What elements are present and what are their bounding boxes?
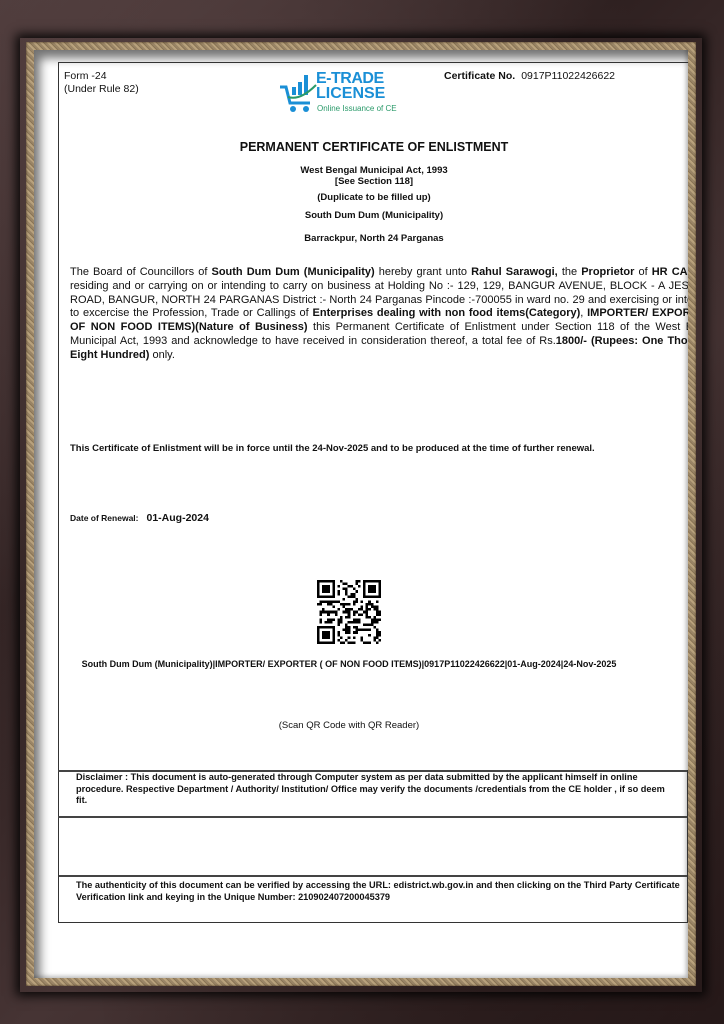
qr-code-icon bbox=[317, 580, 381, 644]
renewal-date: Date of Renewal:01-Aug-2024 bbox=[70, 512, 209, 524]
validity-statement: This Certificate of Enlistment will be i… bbox=[70, 443, 595, 454]
municipality-name: South Dum Dum (Municipality) bbox=[34, 210, 688, 221]
text: only. bbox=[149, 349, 174, 361]
shopping-cart-chart-icon bbox=[278, 71, 318, 119]
qr-scan-hint: (Scan QR Code with QR Reader) bbox=[34, 720, 664, 731]
holder-name: Rahul Sarawogi, bbox=[471, 266, 558, 278]
form-number: Form -24 (Under Rule 82) bbox=[64, 70, 139, 96]
text: of bbox=[634, 266, 651, 278]
text: the bbox=[558, 266, 581, 278]
renewal-date-label: Date of Renewal: bbox=[70, 513, 139, 523]
duplicate-note: (Duplicate to be filled up) bbox=[34, 192, 688, 203]
logo-subtitle: LICENSE bbox=[316, 86, 385, 102]
authenticity-box bbox=[58, 875, 688, 923]
grantor: South Dum Dum (Municipality) bbox=[211, 266, 374, 278]
grant-paragraph: The Board of Councillors of South Dum Du… bbox=[70, 266, 688, 363]
text: hereby grant unto bbox=[375, 266, 471, 278]
renewal-date-value: 01-Aug-2024 bbox=[147, 512, 209, 524]
logo-tagline: Online Issuance of CE bbox=[317, 104, 397, 114]
form-label: Form -24 bbox=[64, 70, 139, 83]
text: The Board of Councillors of bbox=[70, 266, 211, 278]
municipality-location: Barrackpur, North 24 Parganas bbox=[34, 233, 688, 244]
certificate-number-value: 0917P11022426622 bbox=[521, 70, 615, 82]
act-reference: West Bengal Municipal Act, 1993 [See Sec… bbox=[34, 165, 688, 187]
document-title: PERMANENT CERTIFICATE OF ENLISTMENT bbox=[34, 140, 688, 154]
holder-role: Proprietor bbox=[581, 266, 634, 278]
qr-caption: South Dum Dum (Municipality)|IMPORTER/ E… bbox=[34, 658, 664, 670]
act-section: [See Section 118] bbox=[34, 176, 688, 187]
divider bbox=[58, 816, 688, 818]
etrade-license-logo: E-TRADE LICENSE Online Issuance of CE bbox=[278, 71, 406, 121]
business-name: HR CARBON bbox=[652, 266, 688, 278]
box-right-border bbox=[687, 770, 688, 922]
act-name: West Bengal Municipal Act, 1993 bbox=[34, 165, 688, 176]
certificate-number: Certificate No.0917P11022426622 bbox=[444, 70, 615, 82]
certificate-number-label: Certificate No. bbox=[444, 70, 515, 82]
disclaimer-text: Disclaimer : This document is auto-gener… bbox=[76, 772, 676, 807]
certificate-document: Form -24 (Under Rule 82) E-TRADE LICENSE… bbox=[34, 50, 688, 978]
rule-label: (Under Rule 82) bbox=[64, 83, 139, 96]
business-category: Enterprises dealing with non food items(… bbox=[313, 307, 581, 319]
